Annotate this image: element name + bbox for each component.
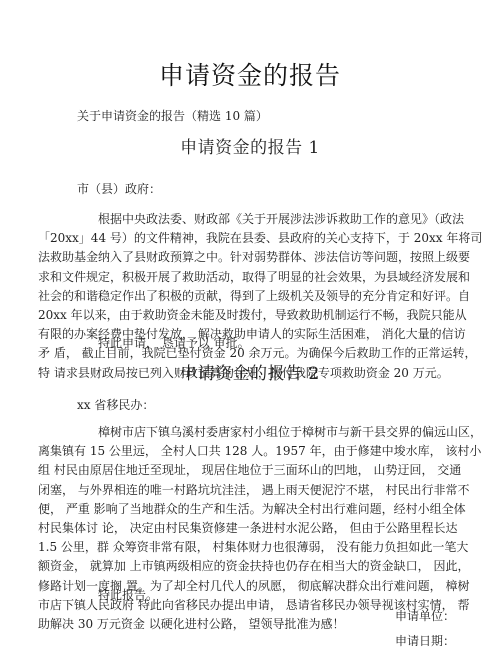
body-line: 村民集体讨 论， 决定由村民集资修建一条进村水泥公路， 但由于公路里程长达 xyxy=(38,519,474,538)
body-line: 闭塞， 与外界相连的唯一村路坑坑洼洼， 遇上雨天便泥泞不堪， 村民出行非常不 xyxy=(38,481,474,500)
body-line: 社会的和谐稳定作出了积极的贡献，得到了上级机关及领导的充分肯定和好评。自 xyxy=(38,287,474,306)
report-1-title: 申请资金的报告 1 xyxy=(0,133,500,158)
body-line: 组 村民由原居住地迁至现址， 现居住地位于三面环山的凹地， 山势迂回， 交通 xyxy=(38,461,474,480)
report-2-closing: 特此报告。 xyxy=(98,586,158,603)
document-page: 申请资金的报告 关于申请资金的报告（精选 10 篇） 申请资金的报告 1 市（县… xyxy=(0,0,500,657)
applicant-unit-label: 申请单位： xyxy=(395,607,455,624)
body-line: 根据中央政法委、财政部《关于开展涉法涉诉救助工作的意见》（政法 xyxy=(38,210,474,229)
body-line: 离集镇有 15 公里远， 全村人口共 128 人。1957 年，由于修建中埈水库… xyxy=(38,442,474,461)
document-title: 申请资金的报告 xyxy=(0,56,500,92)
body-line: 法救助基金纳入了县财政预算之中。针对弱势群体、涉法信访等问题，按照上级要 xyxy=(38,248,474,267)
body-line: 1.5 公里，群 众筹资非常有限， 村集体财力也很薄弱， 没有能力负担如此一笔大 xyxy=(38,538,474,557)
body-line: 「20xx」44 号）的文件精神，我院在县委、县政府的关心支持下，于 20xx … xyxy=(38,229,474,248)
document-subtitle: 关于申请资金的报告（精选 10 篇） xyxy=(77,107,268,124)
report-2-salutation: xx 省移民办： xyxy=(77,396,154,413)
report-2-title: 申请资金的报告 2 xyxy=(0,359,500,384)
body-line: 额资金， 就算加 上市镇两级相应的资金扶持也仍存在相当大的资金缺口， 因此， xyxy=(38,557,474,576)
body-line: 便， 严重 影响了当地群众的生产和生活。为解决全村出行难问题，经村小组全体 xyxy=(38,500,474,519)
report-1-salutation: 市（县）政府： xyxy=(77,180,161,197)
body-line: 20xx 年以来，由于救助资金未能及时拨付，导致救助机制运行不畅，我院只能从 xyxy=(38,306,474,325)
body-line: 樟树市店下镇乌溪村委唐家村小组位于樟树市与新干县交界的偏远山区， xyxy=(38,423,474,442)
body-line: 求和文件规定，积极开展了救助活动，取得了明显的社会效果，为县域经济发展和 xyxy=(38,268,474,287)
report-1-closing: 特此申请， 恳请予以 审批。 xyxy=(98,334,250,351)
application-date-label: 申请日期： xyxy=(395,632,455,649)
report-1-body: 根据中央政法委、财政部《关于开展涉法涉诉救助工作的意见》（政法 「20xx」44… xyxy=(38,210,474,383)
